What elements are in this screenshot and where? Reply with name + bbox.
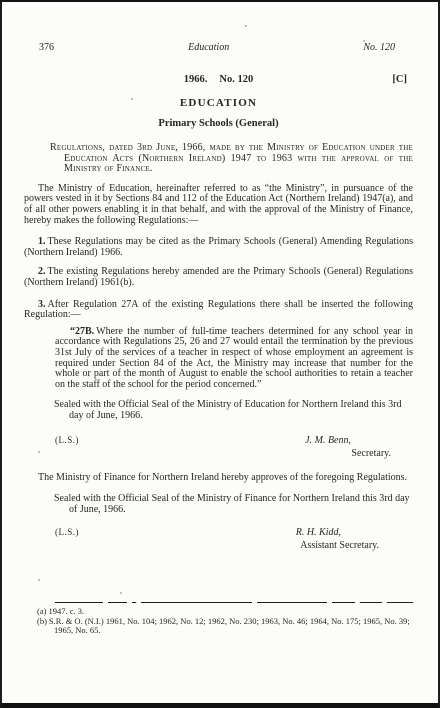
divider-segment <box>257 602 326 604</box>
footnote-b-text: S.R. & O. (N.I.) 1961, No. 104; 1962, No… <box>49 616 410 636</box>
preamble-paragraph: Regulations, dated 3rd June, 1966, made … <box>24 143 413 175</box>
regulation-1-number: 1. <box>38 236 46 247</box>
signatory-name-benn: J. M. Benn, <box>305 435 351 446</box>
seal-mark-finance: (L.S.) <box>55 527 79 538</box>
scan-speck <box>38 451 40 453</box>
document-subtitle: Primary Schools (General) <box>24 118 413 130</box>
divider-segment <box>141 602 252 604</box>
sealed-clause-finance: Sealed with the Official Seal of the Min… <box>24 494 413 515</box>
document-year: 1966. <box>184 74 208 85</box>
scan-speck <box>38 579 40 581</box>
footnote-divider <box>55 601 413 603</box>
footnote-b-marker: (b) <box>37 616 47 626</box>
quoted-regulation-27b: “27B.Where the number of full-time teach… <box>24 327 413 391</box>
sealed-clause-education: Sealed with the Official Seal of the Min… <box>24 400 413 421</box>
signatory-title-assistant-secretary: Assistant Secretary. <box>24 540 413 551</box>
regulation-2: 2.The existing Regulations hereby amende… <box>24 267 413 288</box>
regulation-3-number: 3. <box>38 299 46 310</box>
regulation-1: 1.These Regulations may be cited as the … <box>24 237 413 258</box>
running-title: Education <box>188 42 229 53</box>
scan-speck <box>363 40 365 42</box>
corner-mark: [C] <box>392 74 407 86</box>
document-number-line: 1966.No. 120 [C] <box>24 74 413 86</box>
footnote-a-marker: (a) <box>37 606 46 616</box>
regulation-3: 3.After Regulation 27A of the existing R… <box>24 300 413 321</box>
regulation-2-text: The existing Regulations hereby amended … <box>24 266 413 288</box>
document-page: 376 Education No. 120 1966.No. 120 [C] E… <box>0 0 440 708</box>
divider-segment <box>108 602 128 604</box>
seal-mark-education: (L.S.) <box>55 435 79 446</box>
divider-segment <box>132 602 136 604</box>
quoted-regulation-text: Where the number of full-time teachers d… <box>55 326 413 390</box>
scan-speck <box>120 592 122 594</box>
signature-row-education: (L.S.) J. M. Benn, <box>24 435 413 446</box>
document-number: No. 120 <box>219 74 253 85</box>
document-title: EDUCATION <box>24 97 413 109</box>
signature-row-finance: (L.S.) R. H. Kidd, <box>24 527 413 538</box>
running-number: No. 120 <box>363 42 395 53</box>
scan-speck <box>245 25 247 27</box>
intro-paragraph: The Ministry of Education, hereinafter r… <box>24 184 413 226</box>
footnote-b: (b)S.R. & O. (N.I.) 1961, No. 104; 1962,… <box>37 617 413 636</box>
divider-segment <box>360 602 382 604</box>
quoted-regulation-number: “27B. <box>70 326 94 337</box>
signatory-name-kidd: R. H. Kidd, <box>296 527 341 538</box>
signatory-title-secretary: Secretary. <box>24 448 413 459</box>
divider-segment <box>387 602 413 604</box>
finance-approval-paragraph: The Ministry of Finance for Northern Ire… <box>24 473 413 484</box>
running-header: 376 Education No. 120 <box>24 42 413 53</box>
divider-segment <box>55 602 103 604</box>
regulation-1-text: These Regulations may be cited as the Pr… <box>24 236 413 258</box>
scan-speck <box>131 98 133 100</box>
page-number: 376 <box>39 42 54 53</box>
footnotes: (a)1947. c. 3. (b)S.R. & O. (N.I.) 1961,… <box>24 607 413 636</box>
regulation-3-text: After Regulation 27A of the existing Reg… <box>24 299 413 321</box>
footnote-a-text: 1947. c. 3. <box>48 606 84 616</box>
regulation-2-number: 2. <box>38 266 46 277</box>
divider-segment <box>332 602 356 604</box>
